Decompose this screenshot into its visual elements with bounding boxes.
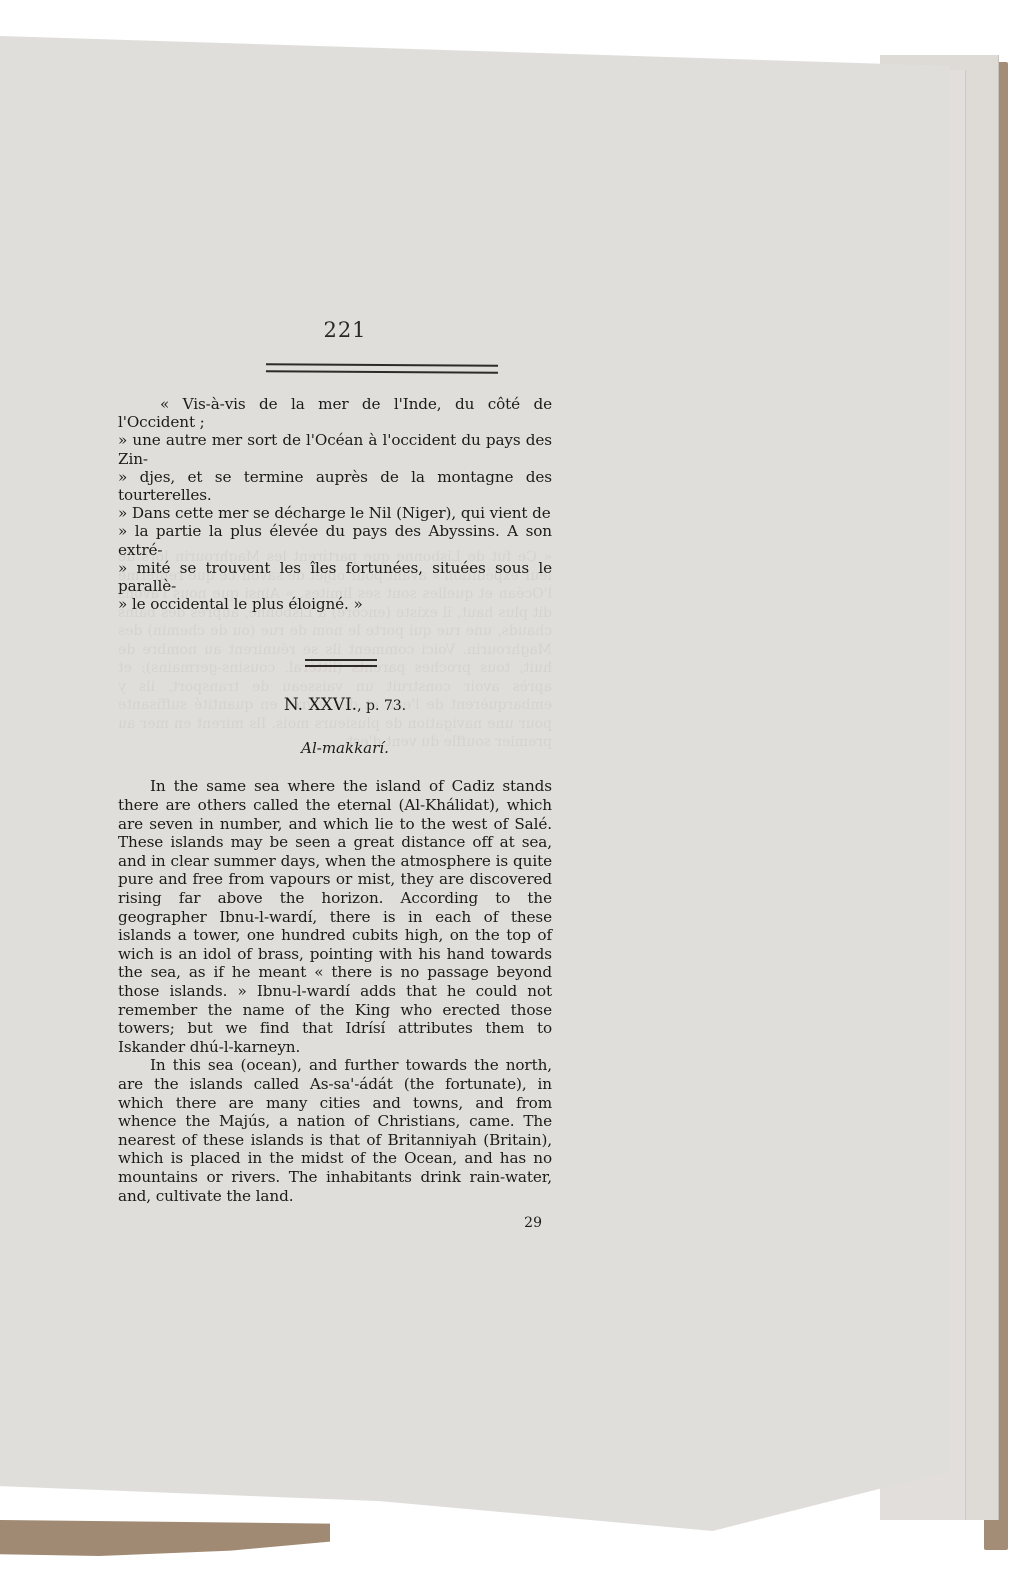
quote-line: « Vis-à-vis de la mer de l'Inde, du côté… xyxy=(118,395,552,431)
header-rule xyxy=(266,363,498,374)
page-content: 221 « Vis-à-vis de la mer de l'Inde, du … xyxy=(118,318,552,1231)
quote-line: » mité se trouvent les îles fortunées, s… xyxy=(118,559,552,595)
quote-line: » la partie la plus élevée du pays des A… xyxy=(118,522,552,558)
section-page-ref: , p. 73. xyxy=(357,698,406,714)
paragraph: In the same sea where the island of Cadi… xyxy=(118,777,552,1056)
section-number: N. XXVI. xyxy=(284,695,357,715)
english-translation: In the same sea where the island of Cadi… xyxy=(118,777,552,1205)
book-board-bottom xyxy=(0,1520,330,1556)
signature-mark: 29 xyxy=(118,1215,542,1231)
section-heading: N. XXVI., p. 73. xyxy=(138,695,552,715)
section-separator-rule xyxy=(305,659,377,667)
author-heading: Al-makkarí. xyxy=(138,739,552,757)
quote-line: » Dans cette mer se décharge le Nil (Nig… xyxy=(118,504,552,522)
page-number: 221 xyxy=(138,318,552,342)
paragraph: In this sea (ocean), and further towards… xyxy=(118,1056,552,1205)
quote-line: » le occidental le plus éloigné. » xyxy=(118,595,552,613)
quote-line: » une autre mer sort de l'Océan à l'occi… xyxy=(118,431,552,467)
french-quote: « Vis-à-vis de la mer de l'Inde, du côté… xyxy=(118,395,552,613)
quote-line: » djes, et se termine auprès de la monta… xyxy=(118,468,552,504)
